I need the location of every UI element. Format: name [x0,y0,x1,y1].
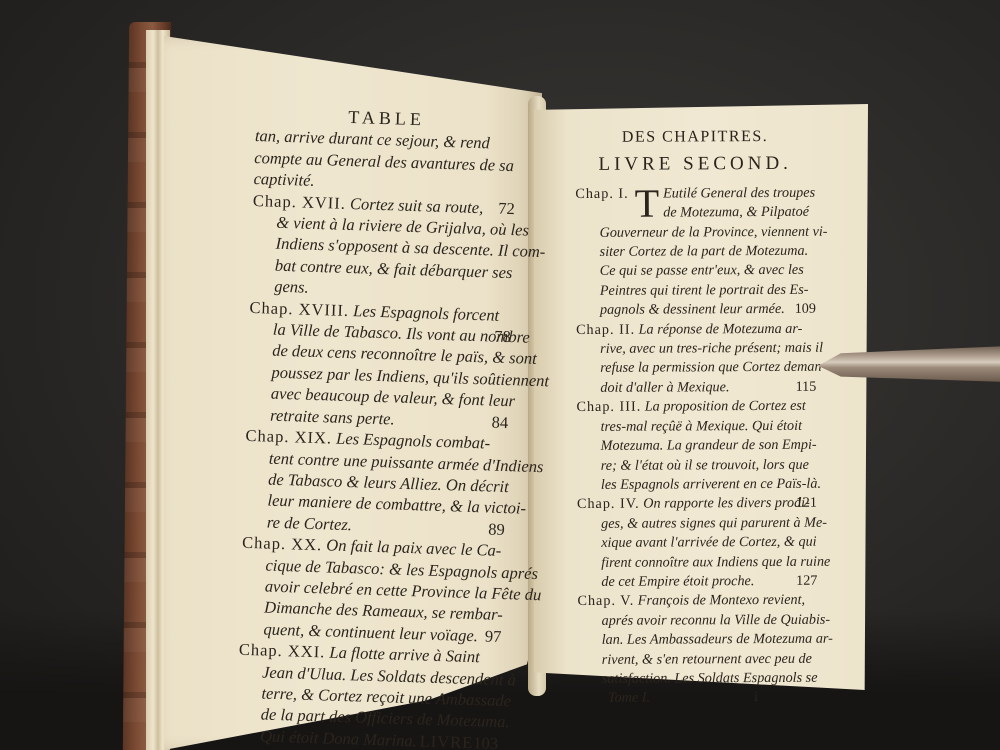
text-fragment: Qui étoit Dona Marina. [260,726,417,750]
page-number: 109 [795,300,816,320]
text-line: refuse la permission que Cortez deman- [576,358,816,379]
text-line: doit d'aller à Mexique. 115 [576,378,816,399]
chapter-text: La proposition de Cortez est [645,398,806,415]
book-heading: LIVRE SECOND. [575,154,815,175]
chapter-label: Chap. III. [576,399,641,415]
text-line: Ce qui se passe entr'eux, & avec les [576,261,816,282]
volume-label: Tome I. [608,689,650,709]
chapter-label: Chap. XVIII. [249,298,349,320]
text-fragment: les Espagnols arriverent en ce Païs-là. [601,476,821,493]
chapter-label: Chap. I. [575,185,628,205]
page-number: 103 [473,732,498,750]
text-line: siter Cortez de la part de Motezuma. [576,242,816,263]
chapter-text: On rapporte les divers prodi- [643,495,810,512]
text-line: lan. Les Ambassadeurs de Motezuma ar- [578,630,818,651]
chapter-label: Chap. XVII. [253,191,347,213]
page-number: 115 [796,378,817,398]
running-head-right: DES CHAPITRES. [575,127,815,148]
chapter-label: Chap. XX. [242,533,323,555]
text-line: tres-mal reçûë à Mexique. Qui étoit [577,416,817,437]
page-number: 89 [488,518,505,540]
text-fragment: retraite sans perte. [270,405,395,428]
text-line: rivent, & s'en retournent avec peu de [578,649,818,670]
text-fragment: re de Cortez. [267,512,353,534]
chapter-label: Chap. XIX. [245,426,332,448]
text-line: Peintres qui tirent le portrait des Es- [576,281,816,302]
chapter-text: Les Espagnols forcent [353,301,500,325]
chapter-entry: Chap. II. La réponse de Motezuma ar- [576,319,816,340]
text-line: satisfaction. Les Soldats Espagnols se [578,669,818,690]
signature-mark: i [754,688,758,707]
chapter-label: Chap. V. [577,593,634,609]
chapter-text: La flotte arrive à Saint [329,643,480,667]
page-number: 97 [485,625,502,647]
chapter-entry: Chap. III. La proposition de Cortez est [576,397,816,418]
page-number: 72 [498,197,515,219]
chapter-text: Cortez suit sa route, [350,194,484,217]
drop-cap: T [635,186,660,220]
text-line: xique avant l'arrivée de Cortez, & qui [577,533,817,554]
chapter-entry: Chap. V. François de Montexo revient, [577,591,817,612]
page-footer: Tome I. i [578,688,818,709]
chapter-entry: Chap. I. T Eutilé General des troupes de… [575,184,816,321]
text-line: rive, avec un tres-riche présent; mais i… [576,339,816,360]
page-number: 127 [796,572,817,592]
text-line: Gouverneur de la Province, viennent vi- [576,222,816,243]
chapter-label: Chap. II. [576,321,635,337]
text-fragment: pagnols & dessinent leur armée. [600,301,785,318]
text-line: firent connoître aux Indiens que la ruin… [577,552,817,573]
chapter-entry: Chap. IV. On rapporte les divers prodi- [577,494,817,515]
chapter-text: La réponse de Motezuma ar- [639,320,803,337]
chapter-label: Chap. XXI. [239,640,326,662]
text-line: les Espagnols arriverent en ce Païs-là. … [577,475,817,496]
text-fragment: doit d'aller à Mexique. [600,379,729,396]
text-line: de cet Empire étoit proche. 127 [577,572,817,593]
text-line: re; & l'état où il se trouvoit, lors que [577,455,817,476]
chapter-text: Les Espagnols combat- [336,429,491,453]
text-fragment: de cet Empire étoit proche. [601,573,754,590]
chapter-label: Chap. IV. [577,496,640,512]
text-line: pagnols & dessinent leur armée. 109 [576,300,816,321]
catchword: LIVRE [419,730,473,750]
page-number: 84 [491,411,508,433]
text-line: de Motezuma, & Pilpatoé [575,203,815,224]
left-page-text: TABLE tan, arrive durant ce sejour, & re… [236,104,518,750]
chapter-text: François de Montexo revient, [638,592,805,609]
text-line: Motezuma. La grandeur de son Empi- [577,436,817,457]
text-line: ges, & autres signes qui parurent à Me- [577,513,817,534]
text-line: aprés avoir reconnu la Ville de Quiabis- [578,610,818,631]
right-page-text: DES CHAPITRES. LIVRE SECOND. Chap. I. T … [575,127,818,709]
